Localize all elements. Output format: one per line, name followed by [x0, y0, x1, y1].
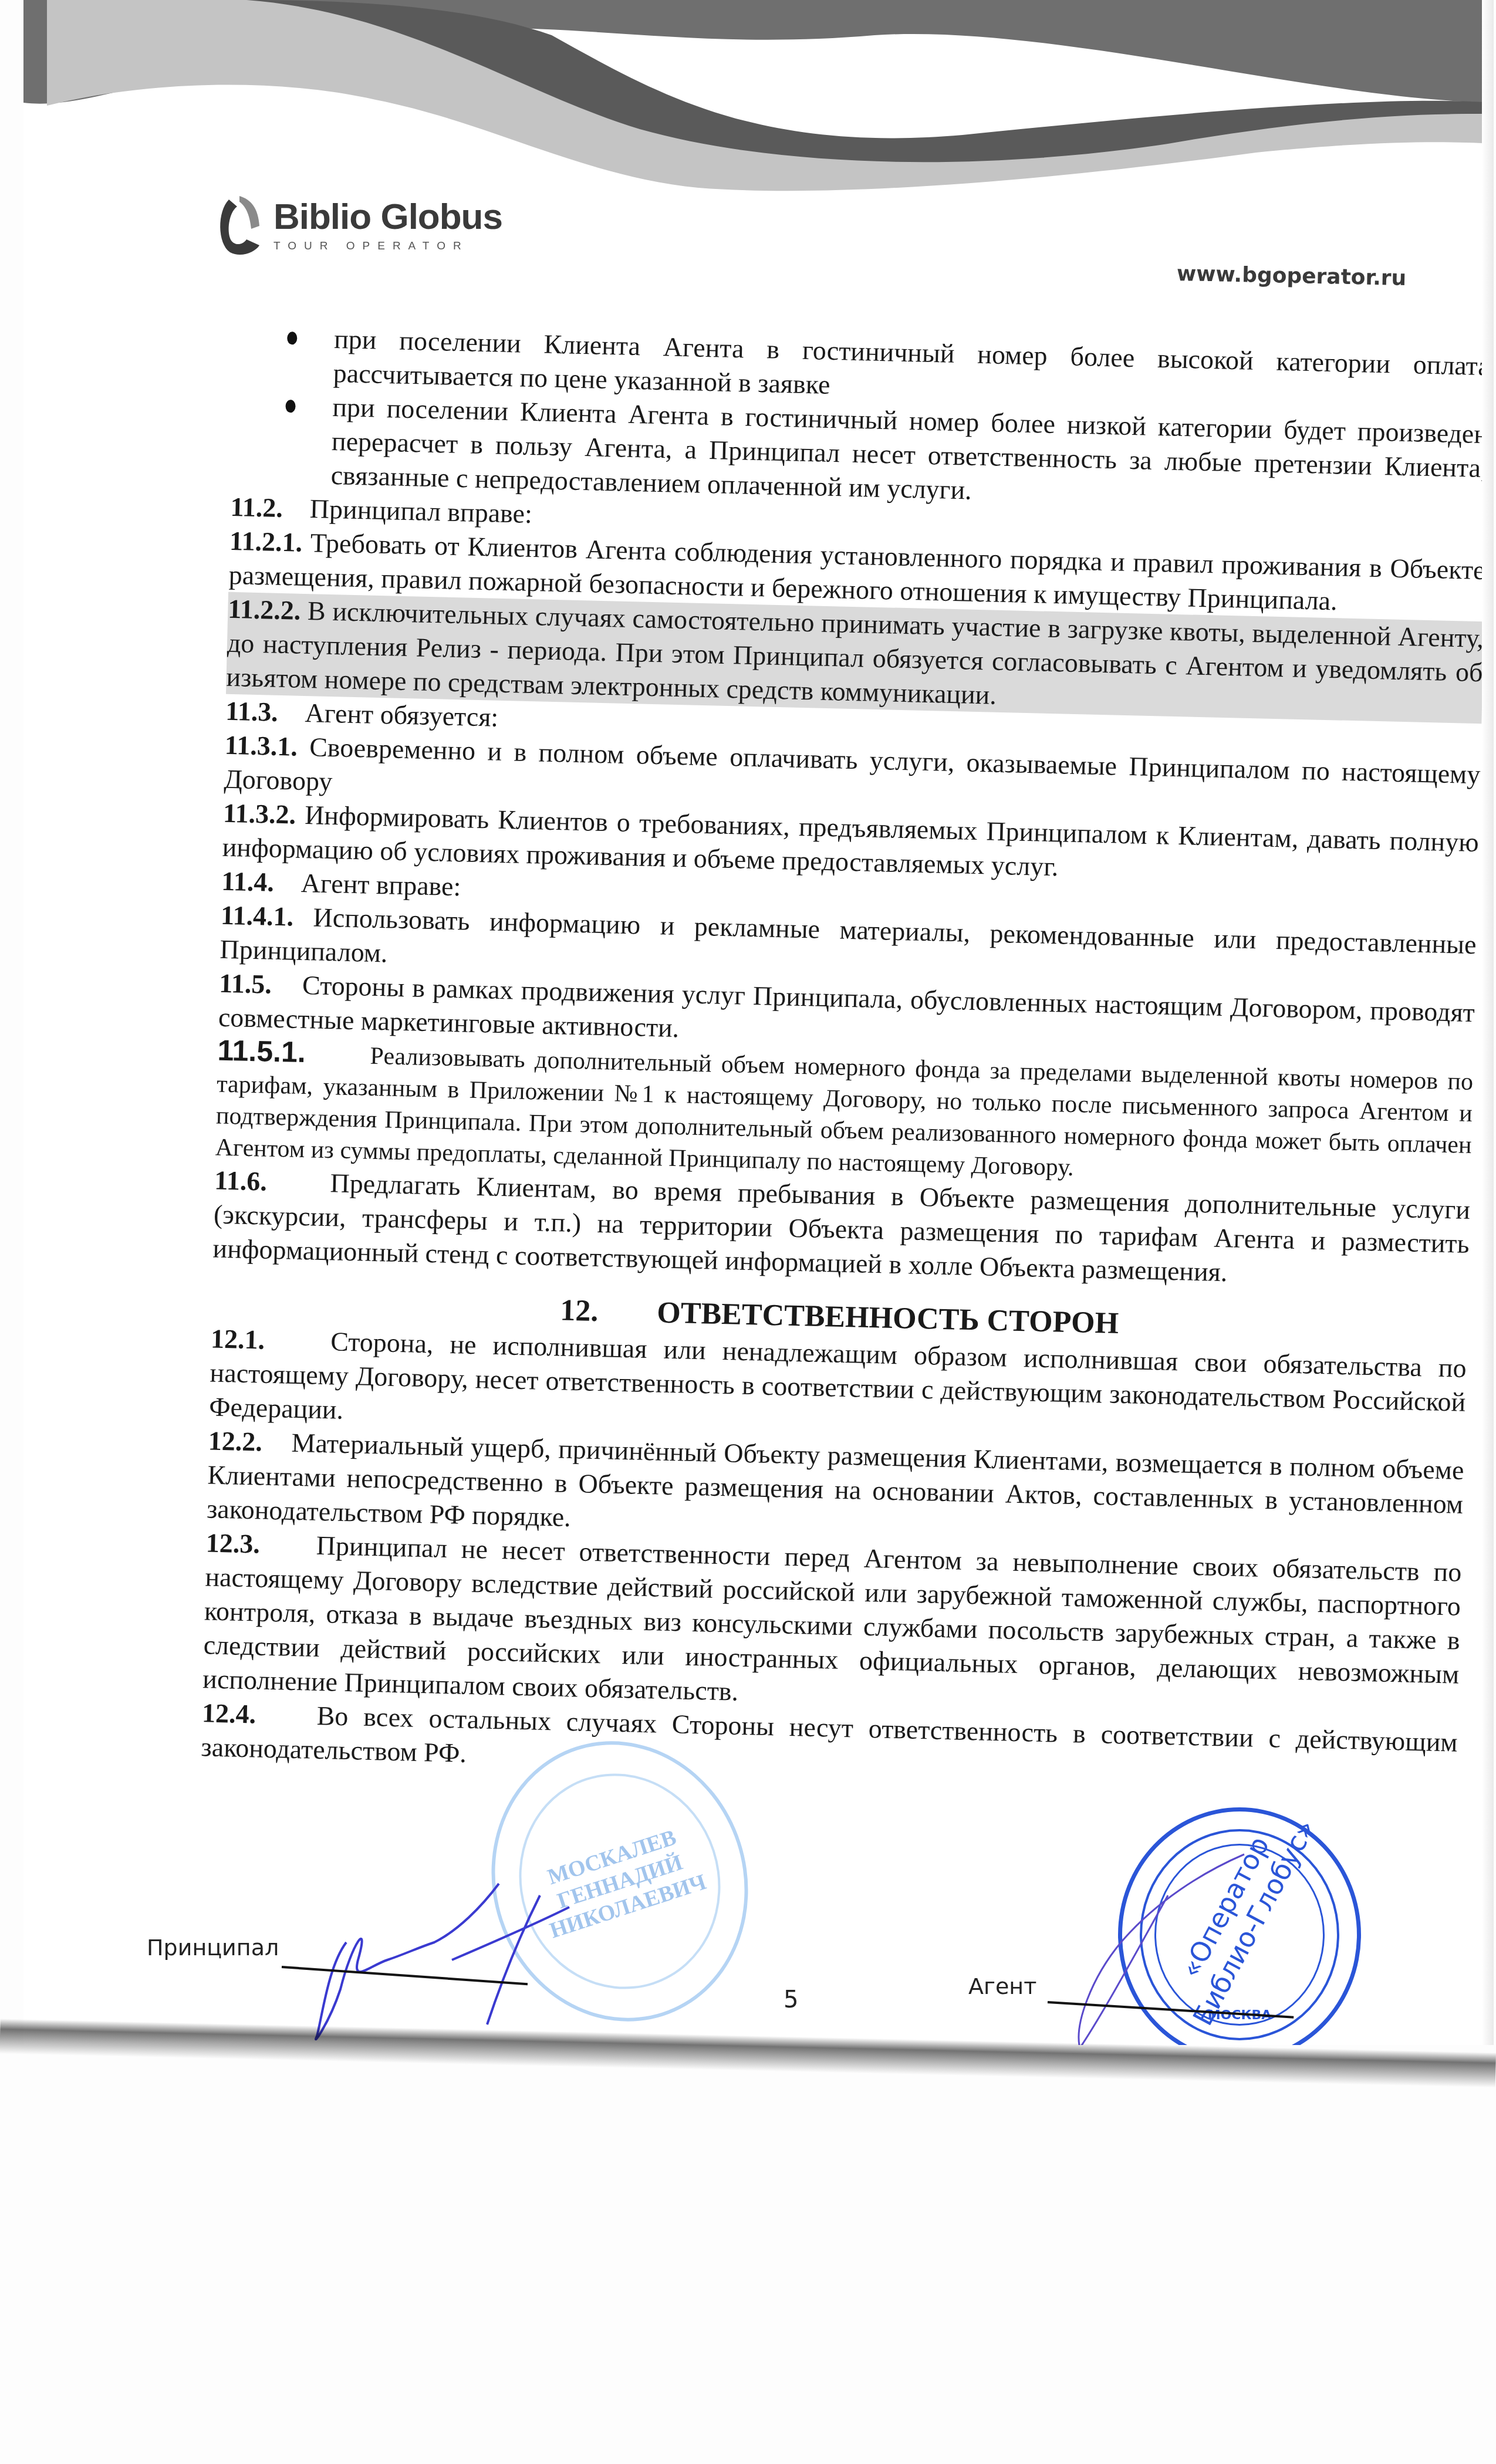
- principal-signature-line: [282, 1966, 528, 1985]
- agent-label: Агент: [968, 1973, 1036, 1999]
- brand-logo: Biblio Globus TOUR OPERATOR: [217, 194, 502, 258]
- document-page: Biblio Globus TOUR OPERATOR www.bgoperat…: [23, 0, 1494, 2045]
- brand-name: Biblio Globus: [273, 199, 502, 235]
- principal-label: Принципал: [147, 1935, 279, 1961]
- page-edge-shadow: [1482, 0, 1494, 2045]
- bullet-icon: [285, 400, 296, 413]
- clause-12-3: 12.3. Принципал не несет ответственности…: [202, 1526, 1462, 1725]
- page-number: 5: [784, 1986, 798, 2013]
- signature-block: Принципал Агент: [23, 1922, 1494, 2016]
- website-url[interactable]: www.bgoperator.ru: [1177, 262, 1407, 290]
- page-header: Biblio Globus TOUR OPERATOR www.bgoperat…: [23, 0, 1494, 317]
- contract-body: при поселении Клиента Агента в гостиничн…: [201, 320, 1490, 1794]
- brand-tagline: TOUR OPERATOR: [273, 240, 502, 253]
- biblio-globus-logo-icon: [217, 194, 263, 258]
- bullet-icon: [287, 332, 298, 344]
